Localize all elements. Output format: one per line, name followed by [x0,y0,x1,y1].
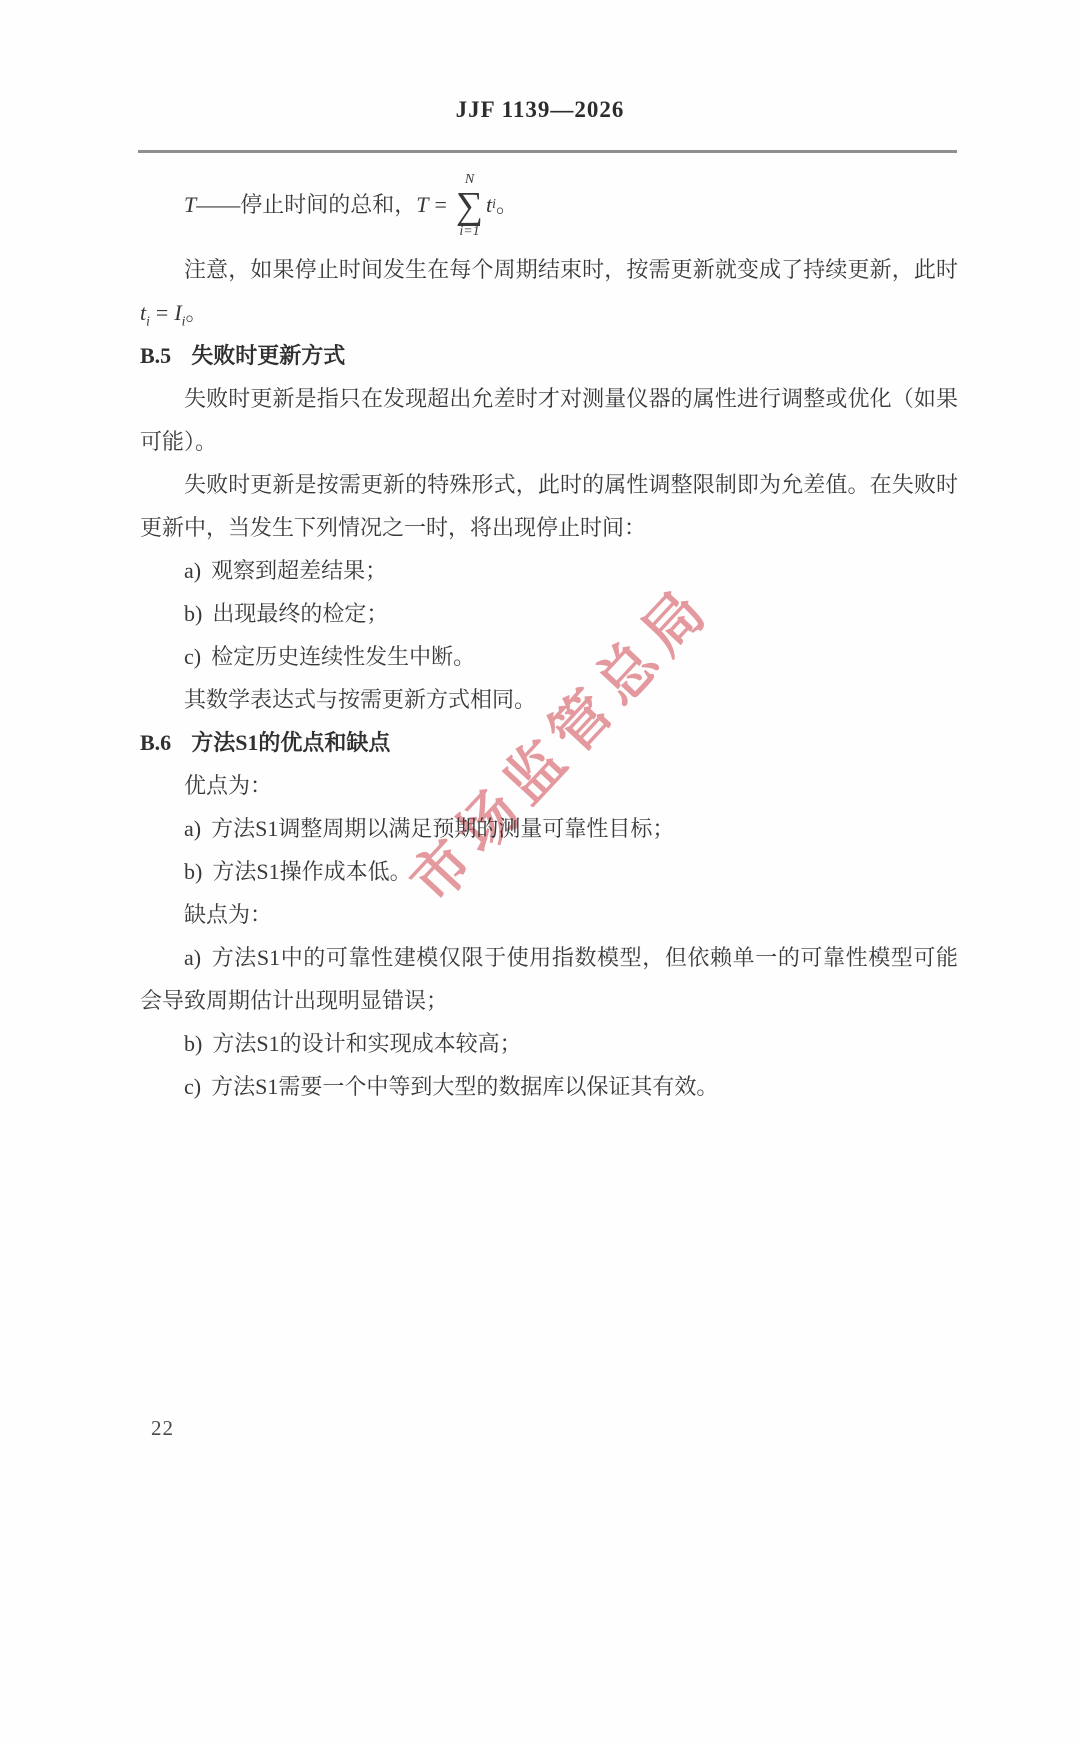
item-text: 方法S1调整周期以满足预期的测量可靠性目标； [211,816,674,841]
b6-cons-item-c: c)方法S1需要一个中等到大型的数据库以保证其有效。 [140,1065,958,1108]
equals-sign: = [435,183,447,226]
b6-pros-item-a: a)方法S1调整周期以满足预期的测量可靠性目标； [140,807,958,850]
b6-cons-item-a: a)方法S1中的可靠性建模仅限于使用指数模型，但依赖单一的可靠性模型可能会导致周… [140,936,958,1022]
math-equals: = [156,300,168,325]
section-heading-b5: B.5失败时更新方式 [140,334,958,377]
item-text: 出现最终的检定； [212,601,388,626]
item-label: c) [184,644,201,669]
document-code-header: JJF 1139—2026 [0,97,1080,123]
header-divider [138,150,957,153]
b5-list-item-c: c)检定历史连续性发生中断。 [140,635,958,678]
b5-list-item-b: b)出现最终的检定； [140,592,958,635]
item-text: 方法S1的设计和实现成本较高； [212,1031,521,1056]
formula-definition: 停止时间的总和， [240,183,416,226]
note-paragraph: 注意，如果停止时间发生在每个周期结束时，按需更新就变成了持续更新，此时ti=Ii… [140,248,958,334]
document-body: T——停止时间的总和，T=N∑i=1ti。 注意，如果停止时间发生在每个周期结束… [140,160,958,1108]
b6-pros-item-b: b)方法S1操作成本低。 [140,850,958,893]
formula-symbol-T: T [184,183,196,226]
formula-line: T——停止时间的总和，T=N∑i=1ti。 [140,160,958,248]
page-number: 22 [151,1416,174,1441]
b5-closing-line: 其数学表达式与按需更新方式相同。 [140,678,958,721]
item-label: c) [184,1074,201,1099]
item-label: a) [184,816,201,841]
document-page: JJF 1139—2026 市场监管总局 T——停止时间的总和，T=N∑i=1t… [0,0,1080,1742]
sum-lower-limit: i=1 [459,224,479,240]
formula-dash: —— [196,183,240,226]
math-I: I [174,300,181,325]
section-number: B.5 [140,343,171,368]
summation-symbol: N∑i=1 [456,172,483,240]
section-number: B.6 [140,730,171,755]
section-heading-b6: B.6方法S1的优点和缺点 [140,721,958,764]
item-label: b) [184,601,202,626]
item-label: a) [184,945,201,970]
item-text: 方法S1操作成本低。 [212,859,411,884]
b5-list-item-a: a)观察到超差结果； [140,549,958,592]
item-text: 方法S1需要一个中等到大型的数据库以保证其有效。 [211,1074,718,1099]
b6-pros-label: 优点为： [140,764,958,807]
note-period: 。 [185,300,207,325]
b6-cons-item-b: b)方法S1的设计和实现成本较高； [140,1022,958,1065]
item-label: b) [184,859,202,884]
sigma-glyph: ∑ [456,188,483,224]
note-text: 注意，如果停止时间发生在每个周期结束时，按需更新就变成了持续更新，此时 [184,257,958,282]
item-label: a) [184,558,201,583]
item-label: b) [184,1031,202,1056]
math-t-subscript: i [146,313,150,328]
item-text: 观察到超差结果； [211,558,387,583]
formula-period: 。 [496,183,518,226]
b6-cons-label: 缺点为： [140,893,958,936]
item-text: 方法S1中的可靠性建模仅限于使用指数模型，但依赖单一的可靠性模型可能会导致周期估… [140,945,958,1013]
b5-paragraph-2: 失败时更新是按需更新的特殊形式，此时的属性调整限制即为允差值。在失败时更新中，当… [140,463,958,549]
section-title: 失败时更新方式 [191,343,345,368]
section-title: 方法S1的优点和缺点 [191,730,390,755]
formula-lhs: T [416,183,428,226]
item-text: 检定历史连续性发生中断。 [211,644,475,669]
b5-paragraph-1: 失败时更新是指只在发现超出允差时才对测量仪器的属性进行调整或优化（如果可能）。 [140,377,958,463]
